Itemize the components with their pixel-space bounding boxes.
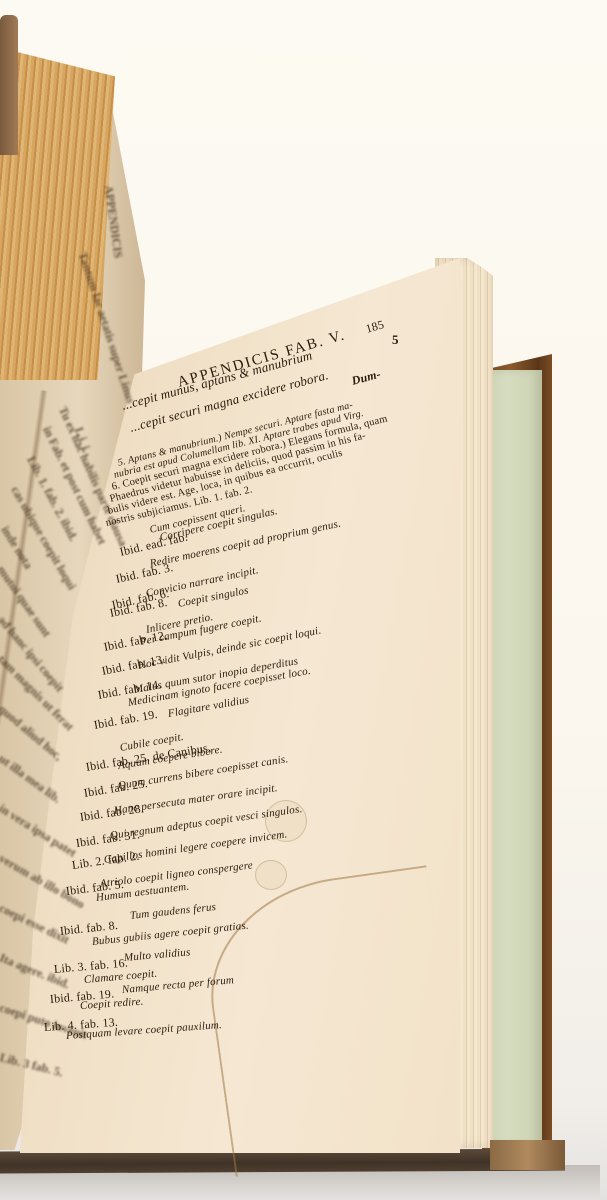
signature-mark: 5	[392, 332, 399, 348]
page-number: 185	[364, 317, 386, 337]
verse-line: Dum-	[350, 367, 382, 389]
quote-line: Tum gaudens ferus	[129, 901, 216, 922]
right-page-text: APPENDICIS FAB. V. 185 5 ...cepit munus,…	[0, 0, 607, 1200]
quote-line: Multo validius	[123, 946, 190, 964]
photo-scene: APPENDICIS Tantum lac aetatis super Linu…	[0, 0, 607, 1200]
reference: Ibid. fab. 19.	[93, 707, 159, 733]
